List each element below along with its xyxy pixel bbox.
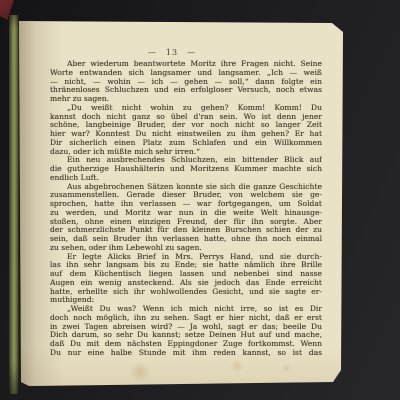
text-line: zu werden, und Moritz war nun in die wei… xyxy=(50,209,322,218)
header-right-dash: — xyxy=(187,48,196,57)
book-cover-edge xyxy=(9,15,19,394)
page-header: —13— xyxy=(36,48,308,58)
text-line: zu sehen, oder ihm Lebewohl zu sagen. xyxy=(50,244,322,253)
book-page: —13— Aber wiederum beantwortete Moritz i… xyxy=(0,0,400,400)
text-line: Du nur eine halbe Stunde mit ihm reden k… xyxy=(50,349,322,358)
text-line: stoßen, ohne einen einzigen Freund, der … xyxy=(50,218,322,227)
text-line: hatte, erhellte sich ihr wohlwollendes G… xyxy=(50,288,322,297)
text-line: Er legte Alicks Brief in Mrs. Perrys Han… xyxy=(50,253,322,262)
text-line: Aber wiederum beantwortete Moritz ihre F… xyxy=(50,60,322,69)
text-line: kannst doch nicht ganz so übel d'ran sei… xyxy=(50,113,322,122)
text-line: Worte entwanden sich langsamer und langs… xyxy=(50,69,322,78)
page-number: 13 xyxy=(157,48,187,57)
text-block: Aber wiederum beantwortete Moritz ihre F… xyxy=(50,60,322,358)
text-line: — nicht, — wohin — ich — gehen — soll,“ … xyxy=(50,78,322,87)
text-line: muthigend: xyxy=(50,296,322,305)
text-line: die gutherzige Haushälterin und Moritzen… xyxy=(50,165,322,174)
scanned-book-photo: —13— Aber wiederum beantwortete Moritz i… xyxy=(0,0,400,400)
text-line: dazu, oder ich müßte mich sehr irren.“ xyxy=(50,148,322,157)
text-line: thränenloses Schluchzen und ein erfolglo… xyxy=(50,86,322,95)
text-line: sein, daß sein Bruder ihn verlassen hatt… xyxy=(50,235,322,244)
text-line: Augen ein wenig ansteckend. Als sie jedo… xyxy=(50,279,322,288)
text-line: hier war? Konntest Du nicht einstweilen … xyxy=(50,130,322,139)
text-line: las ihn sehr langsam bis zu Ende; sie ha… xyxy=(50,261,322,270)
text-line: der schmerzlichste Punkt für den kleinen… xyxy=(50,226,322,235)
text-line: endlich Luft. xyxy=(50,174,322,183)
text-line: „Weißt Du was? Wenn ich mich nicht irre,… xyxy=(50,305,322,314)
text-line: schöne, langbeinige Bruder, der vor noch… xyxy=(50,121,322,130)
text-line: mehr zu sagen. xyxy=(50,95,322,104)
text-line: Ein neu ausbrechendes Schluchzen, ein bi… xyxy=(50,156,322,165)
text-line: Aus abgebrochenen Sätzen konnte sie sich… xyxy=(50,183,322,192)
text-line: daß Du mit dem nächsten Eppingdoner Zuge… xyxy=(50,340,322,349)
text-line: in zwei Tagen abreisen wird? — Ja wohl, … xyxy=(50,323,322,332)
text-line: „Du weißt nicht wohin zu gehen? Komm! Ko… xyxy=(50,104,322,113)
header-left-dash: — xyxy=(148,48,157,57)
text-line: doch noch möglich, ihn zu sehen. Sagt er… xyxy=(50,314,322,323)
text-line: auf dem Küchentisch liegen lassen und ne… xyxy=(50,270,322,279)
text-line: sprochen, hatte ihn verlassen — war fort… xyxy=(50,200,322,209)
text-line: Dir sicherlich einen Platz zum Schlafen … xyxy=(50,139,322,148)
text-line: Dich darum, so sehr Du kannst; setze Dei… xyxy=(50,331,322,340)
text-line: zusammenstellen. Gerade dieser Bruder, v… xyxy=(50,191,322,200)
